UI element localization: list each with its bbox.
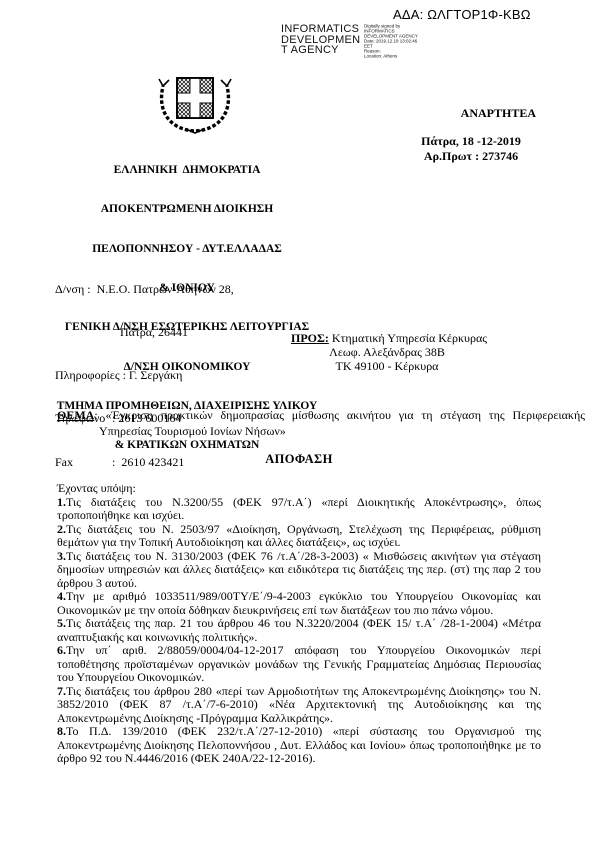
- document-page: ΑΔΑ: ΩΛΓΤΟΡ1Φ-ΚΒΩ INFORMATICS DEVELOPMEN…: [0, 0, 595, 842]
- decision-item-6: 6.Την υπ΄ αριθ. 2/88059/0004/04-12-2017 …: [57, 644, 541, 685]
- decision-item-8: 8.Το Π.Δ. 139/2010 (ΦΕΚ 232/τ.Α΄/27-12-2…: [57, 725, 541, 766]
- info-value: Γ. Σεργάκη: [129, 368, 182, 382]
- decision-title: ΑΠΟΦΑΣΗ: [57, 452, 541, 467]
- decision-item-2: 2.Τις διατάξεις του Ν. 2503/97 «Διοίκηση…: [57, 523, 541, 550]
- recipient-street: Λεωφ. Αλεξάνδρας 38Β: [291, 345, 483, 359]
- info-label: Πληροφορίες: [55, 368, 120, 382]
- subject-sep: :: [94, 408, 105, 422]
- recipient-label: ΠΡΟΣ:: [291, 331, 329, 345]
- item-1-text: Τις διατάξεις του Ν.3200/55 (ΦΕΚ 97/τ.Α΄…: [57, 495, 541, 523]
- contact-row-address: Δ/νση : Ν.Ε.Ο. Πατρών-Αθηνών 28,: [55, 282, 315, 296]
- item-4-text: Την με αριθμό 1033511/989/00ΤΥ/Ε΄/9-4-20…: [57, 589, 541, 617]
- decision-item-3: 3.Τις διατάξεις του Ν. 3130/2003 (ΦΕΚ 76…: [57, 550, 541, 591]
- item-6-text: Την υπ΄ αριθ. 2/88059/0004/04-12-2017 απ…: [57, 643, 541, 684]
- decision-body: ΑΠΟΦΑΣΗ Έχοντας υπόψη: 1.Τις διατάξεις τ…: [57, 452, 541, 766]
- address-city-value: Πάτρα, 26441: [120, 325, 188, 339]
- address-value: Ν.Ε.Ο. Πατρών-Αθηνών 28,: [97, 282, 234, 296]
- contact-row-city: Πάτρα, 26441: [120, 325, 315, 339]
- recipient-block: ΠΡΟΣ: Κτηματική Υπηρεσία Κέρκυρας Λεωφ. …: [291, 331, 531, 374]
- item-2-text: Τις διατάξεις του Ν. 2503/97 «Διοίκηση, …: [57, 522, 541, 550]
- contact-row-info: Πληροφορίες : Γ. Σεργάκη: [55, 368, 315, 382]
- item-5-text: Τις διατάξεις της παρ. 21 του άρθρου 46 …: [57, 616, 541, 644]
- org-header-line-administration: ΑΠΟΚΕΝΤΡΩΜΕΝΗ ΔΙΟΙΚΗΣΗ: [53, 203, 321, 216]
- decision-item-1: 1.Τις διατάξεις του Ν.3200/55 (ΦΕΚ 97/τ.…: [57, 496, 541, 523]
- address-sep: :: [84, 282, 96, 296]
- digital-signature-stamp: INFORMATICS DEVELOPMEN T AGENCY Digitall…: [281, 24, 434, 64]
- info-sep: :: [120, 368, 129, 382]
- item-7-text: Τις διατάξεις του άρθρου 280 «περί των Α…: [57, 684, 541, 725]
- item-5-number: 5.: [57, 616, 66, 630]
- item-8-text: Το Π.Δ. 139/2010 (ΦΕΚ 232/τ.Α΄/27-12-201…: [57, 724, 541, 765]
- protocol-number: Αρ.Πρωτ : 273746: [402, 149, 540, 164]
- item-3-text: Τις διατάξεις του Ν. 3130/2003 (ΦΕΚ 76 /…: [57, 549, 541, 590]
- org-header-line-republic: ΕΛΛΗΝΙΚΗ ΔΗΜΟΚΡΑΤΙΑ: [53, 164, 321, 177]
- item-7-number: 7.: [57, 684, 66, 698]
- decision-items: 1.Τις διατάξεις του Ν.3200/55 (ΦΕΚ 97/τ.…: [57, 496, 541, 766]
- city-date: Πάτρα, 18 -12-2019: [402, 134, 540, 149]
- item-4-number: 4.: [57, 589, 66, 603]
- item-2-number: 2.: [57, 522, 66, 536]
- item-3-number: 3.: [57, 549, 66, 563]
- decision-intro: Έχοντας υπόψη:: [57, 482, 541, 496]
- recipient-name: Κτηματική Υπηρεσία Κέρκυρας: [332, 331, 487, 345]
- ada-code: ΑΔΑ: ΩΛΓΤΟΡ1Φ-ΚΒΩ: [393, 7, 531, 22]
- signature-agency-name: INFORMATICS DEVELOPMEN T AGENCY: [281, 24, 360, 56]
- subject-label: ΘΕΜΑ: [57, 408, 94, 422]
- item-8-number: 8.: [57, 724, 66, 738]
- item-6-number: 6.: [57, 643, 66, 657]
- recipient-line: ΠΡΟΣ: Κτηματική Υπηρεσία Κέρκυρας: [291, 331, 531, 345]
- subject-block: ΘΕΜΑ: «Έγκριση πρακτικών δημοπρασίας μίσ…: [57, 408, 585, 439]
- anartitea-label: ΑΝΑΡΤΗΤΕΑ: [402, 106, 540, 121]
- address-label: Δ/νση: [55, 282, 84, 296]
- decision-item-7: 7.Τις διατάξεις του άρθρου 280 «περί των…: [57, 685, 541, 726]
- signature-details-block: Digitally signed by INFORMATICS DEVELOPM…: [364, 24, 434, 64]
- right-header-block: ΑΝΑΡΤΗΤΕΑ Πάτρα, 18 -12-2019 Αρ.Πρωτ : 2…: [402, 106, 540, 163]
- decision-item-5: 5.Τις διατάξεις της παρ. 21 του άρθρου 4…: [57, 617, 541, 644]
- item-1-number: 1.: [57, 495, 66, 509]
- signature-details-text: Digitally signed by INFORMATICS DEVELOPM…: [364, 24, 432, 59]
- recipient-postal: ΤΚ 49100 - Κέρκυρα: [291, 359, 483, 373]
- greek-coat-of-arms-icon: [150, 72, 240, 134]
- subject-text: «Έγκριση πρακτικών δημοπρασίας μίσθωσης …: [99, 408, 585, 438]
- decision-item-4: 4.Την με αριθμό 1033511/989/00ΤΥ/Ε΄/9-4-…: [57, 590, 541, 617]
